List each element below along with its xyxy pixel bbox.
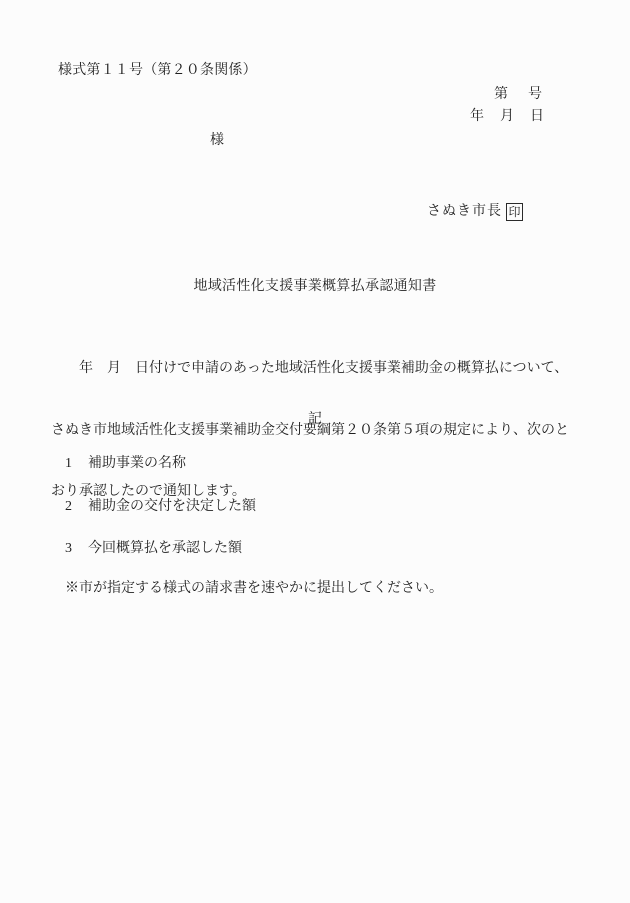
document-page: 様式第１１号（第２０条関係） 第 号 年 月 日 様 さぬき市長 印 地域活性化… <box>0 0 630 903</box>
addressee-suffix: 様 <box>210 131 224 151</box>
body-line: 年 月 日付けで申請のあった地域活性化支援事業補助金の概算払について、 <box>51 358 573 380</box>
list-item-label: 補助金の交付を決定した額 <box>88 497 256 517</box>
list-item: 3 今回概算払を承認した額 <box>65 539 242 559</box>
list-item-label: 補助事業の名称 <box>88 454 186 474</box>
section-marker-ki: 記 <box>0 410 630 430</box>
list-item: 1 補助事業の名称 <box>65 454 186 474</box>
stamp-mark: 印 <box>506 203 523 221</box>
list-item-number: 1 <box>65 454 73 474</box>
document-number-line: 第 号 <box>0 85 545 105</box>
date-line: 年 月 日 <box>0 107 545 127</box>
list-item-number: 2 <box>65 497 73 517</box>
list-item: 2 補助金の交付を決定した額 <box>65 497 256 517</box>
document-title: 地域活性化支援事業概算払承認通知書 <box>0 277 630 297</box>
sender-row: さぬき市長 印 <box>427 202 523 222</box>
form-number-line: 様式第１１号（第２０条関係） <box>58 61 257 81</box>
list-item-label: 今回概算払を承認した額 <box>88 539 242 559</box>
stamp-label: 印 <box>508 206 520 218</box>
footnote: ※市が指定する様式の請求書を速やかに提出してください。 <box>65 579 443 599</box>
sender-name: さぬき市長 <box>427 202 502 222</box>
list-item-number: 3 <box>65 539 73 559</box>
